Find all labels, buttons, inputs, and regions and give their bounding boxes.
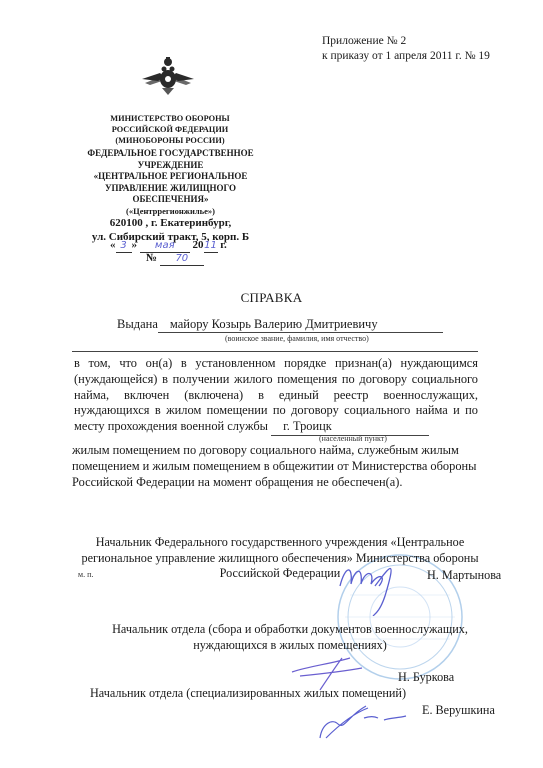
- body-paragraph-2: жилым помещением по договору социального…: [72, 443, 482, 490]
- appendix-line-2: к приказу от 1 апреля 2011 г. № 19: [322, 49, 490, 64]
- institution-line-2: УЧРЕЖДЕНИЕ: [78, 160, 263, 172]
- chief-name: Н. Мартынова: [427, 568, 501, 583]
- body-paragraph-1: в том, что он(а) в установленном порядке…: [74, 356, 478, 436]
- institution-line-5: ОБЕСПЕЧЕНИЯ»: [78, 194, 263, 206]
- issued-to-name: майору Козырь Валерию Дмитриевичу: [158, 317, 443, 333]
- issued-to-line: Выданамайору Козырь Валерию Дмитриевичу: [117, 317, 443, 333]
- emblem-icon: [140, 55, 196, 105]
- quote-close: »: [132, 239, 138, 251]
- year-label: г.: [220, 239, 227, 251]
- ministry-line-2: РОССИЙСКОЙ ФЕДЕРАЦИИ: [95, 124, 245, 135]
- institution-line-3: «ЦЕНТРАЛЬНОЕ РЕГИОНАЛЬНОЕ: [78, 171, 263, 183]
- signature-verushkina-icon: [318, 702, 413, 747]
- document-number: № 70: [146, 251, 204, 266]
- city-caption: (населенный пункт): [319, 434, 387, 443]
- stamp-place-label: м. п.: [78, 570, 93, 579]
- divider-line: [72, 351, 478, 352]
- issued-caption: (воинское звание, фамилия, имя отчество): [225, 334, 369, 343]
- institution-line-4: УПРАВЛЕНИЕ ЖИЛИЩНОГО: [78, 183, 263, 195]
- institution-header: ФЕДЕРАЛЬНОЕ ГОСУДАРСТВЕННОЕ УЧРЕЖДЕНИЕ «…: [78, 148, 263, 244]
- institution-short-name: («Центррегионжилье»): [78, 206, 263, 218]
- issued-label: Выдана: [117, 317, 158, 331]
- number-value: 70: [160, 253, 204, 266]
- chief-title: Начальник Федерального государственного …: [80, 535, 480, 582]
- appendix-line-1: Приложение № 2: [322, 34, 490, 49]
- institution-line-1: ФЕДЕРАЛЬНОЕ ГОСУДАРСТВЕННОЕ: [78, 148, 263, 160]
- date-year-suffix: 11: [204, 240, 218, 253]
- address-line-1: 620100 , г. Екатеринбург,: [78, 217, 263, 231]
- year-prefix: 20: [193, 239, 204, 251]
- dept2-title: Начальник отдела (специализированных жил…: [90, 686, 406, 701]
- dept1-name: Н. Буркова: [398, 670, 454, 685]
- number-label: №: [146, 252, 157, 264]
- document-title: СПРАВКА: [0, 290, 543, 306]
- dept2-name: Е. Верушкина: [422, 703, 495, 718]
- ministry-header: МИНИСТЕРСТВО ОБОРОНЫ РОССИЙСКОЙ ФЕДЕРАЦИ…: [95, 113, 245, 146]
- ministry-line-3: (МИНОБОРОНЫ РОССИИ): [95, 135, 245, 146]
- appendix-note: Приложение № 2 к приказу от 1 апреля 201…: [322, 34, 490, 64]
- ministry-line-1: МИНИСТЕРСТВО ОБОРОНЫ: [95, 113, 245, 124]
- dept1-title: Начальник отдела (сбора и обработки доку…: [95, 622, 485, 653]
- date-day: 3: [116, 240, 132, 253]
